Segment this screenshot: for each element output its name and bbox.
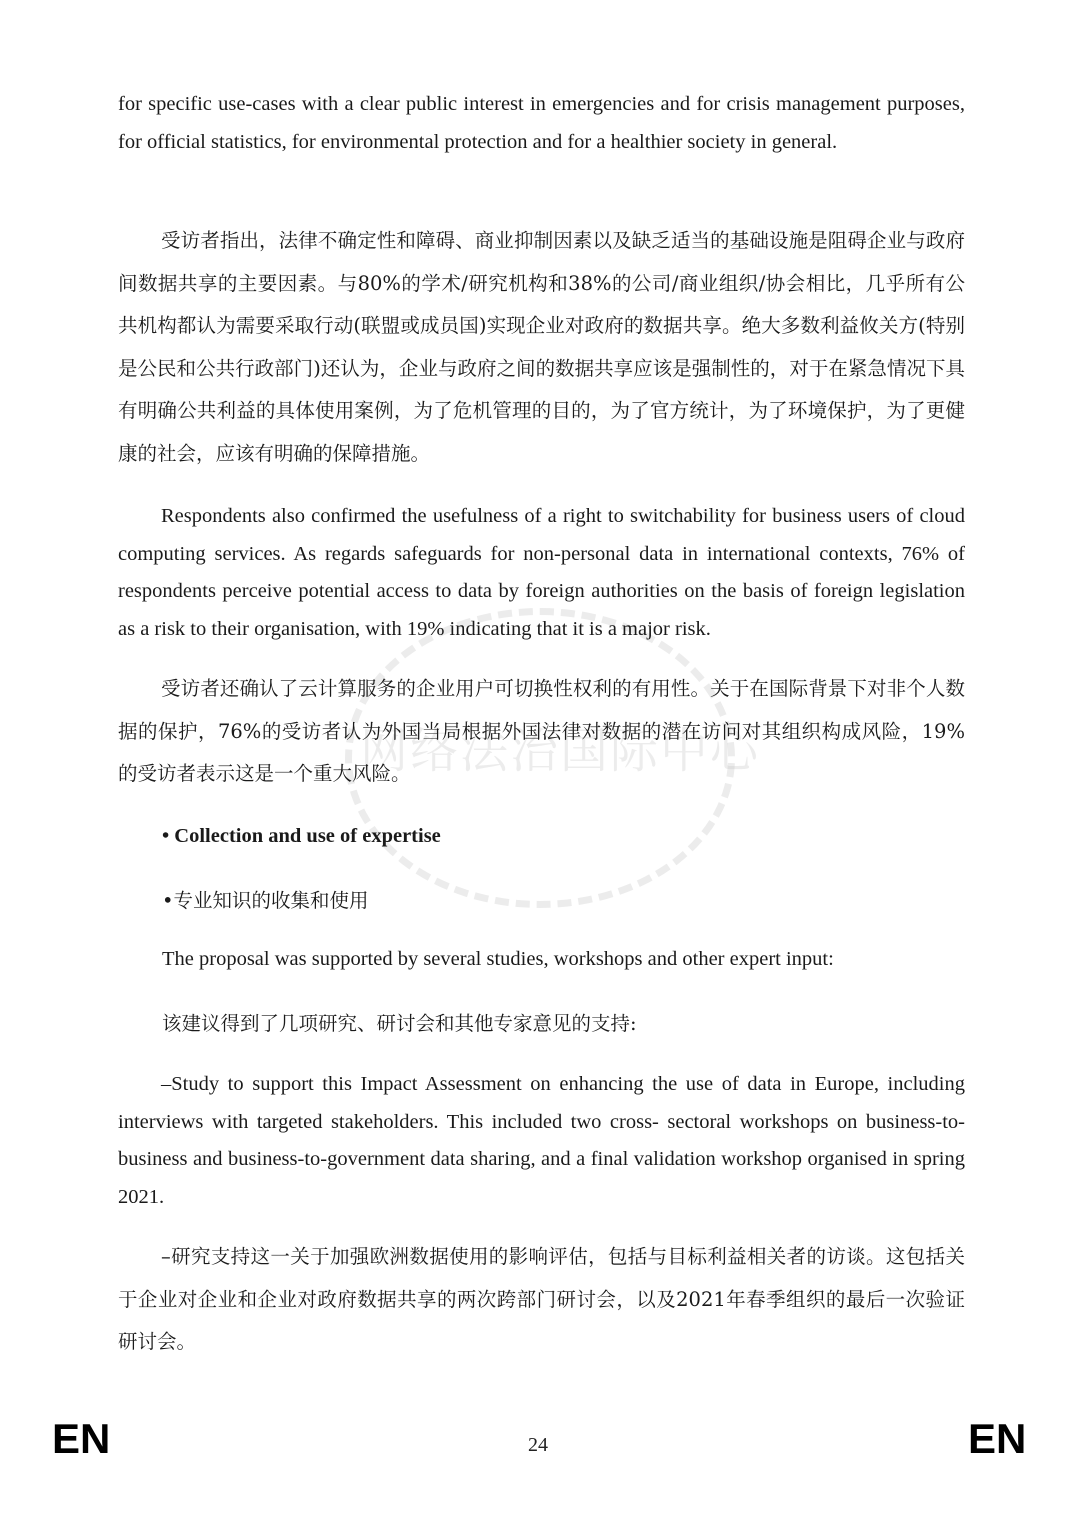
paragraph-1-chinese: 受访者指出，法律不确定性和障碍、商业抑制因素以及缺乏适当的基础设施是阻碍企业与政… — [118, 220, 965, 475]
study-chinese: –研究支持这一关于加强欧洲数据使用的影响评估，包括与目标利益相关者的访谈。这包括… — [118, 1236, 965, 1364]
paragraph-2-english: Respondents also confirmed the usefulnes… — [118, 498, 965, 648]
footer-language-mark-left: EN — [52, 1415, 110, 1463]
paragraph-2-chinese: 受访者还确认了云计算服务的企业用户可切换性权利的有用性。关于在国际背景下对非个人… — [118, 668, 965, 796]
study-english: –Study to support this Impact Assessment… — [118, 1066, 965, 1216]
section-heading-english: • Collection and use of expertise — [162, 825, 441, 848]
intro-chinese: 该建议得到了几项研究、研讨会和其他专家意见的支持: — [162, 1008, 637, 1036]
footer-language-mark-right: EN — [968, 1415, 1026, 1463]
section-heading-chinese: •专业知识的收集和使用 — [162, 885, 369, 913]
document-page: 网络法治国际中心 for specific use-cases with a c… — [0, 0, 1080, 1526]
page-number: 24 — [528, 1434, 548, 1457]
paragraph-1-english: for specific use-cases with a clear publ… — [118, 86, 965, 161]
intro-english: The proposal was supported by several st… — [162, 948, 834, 971]
